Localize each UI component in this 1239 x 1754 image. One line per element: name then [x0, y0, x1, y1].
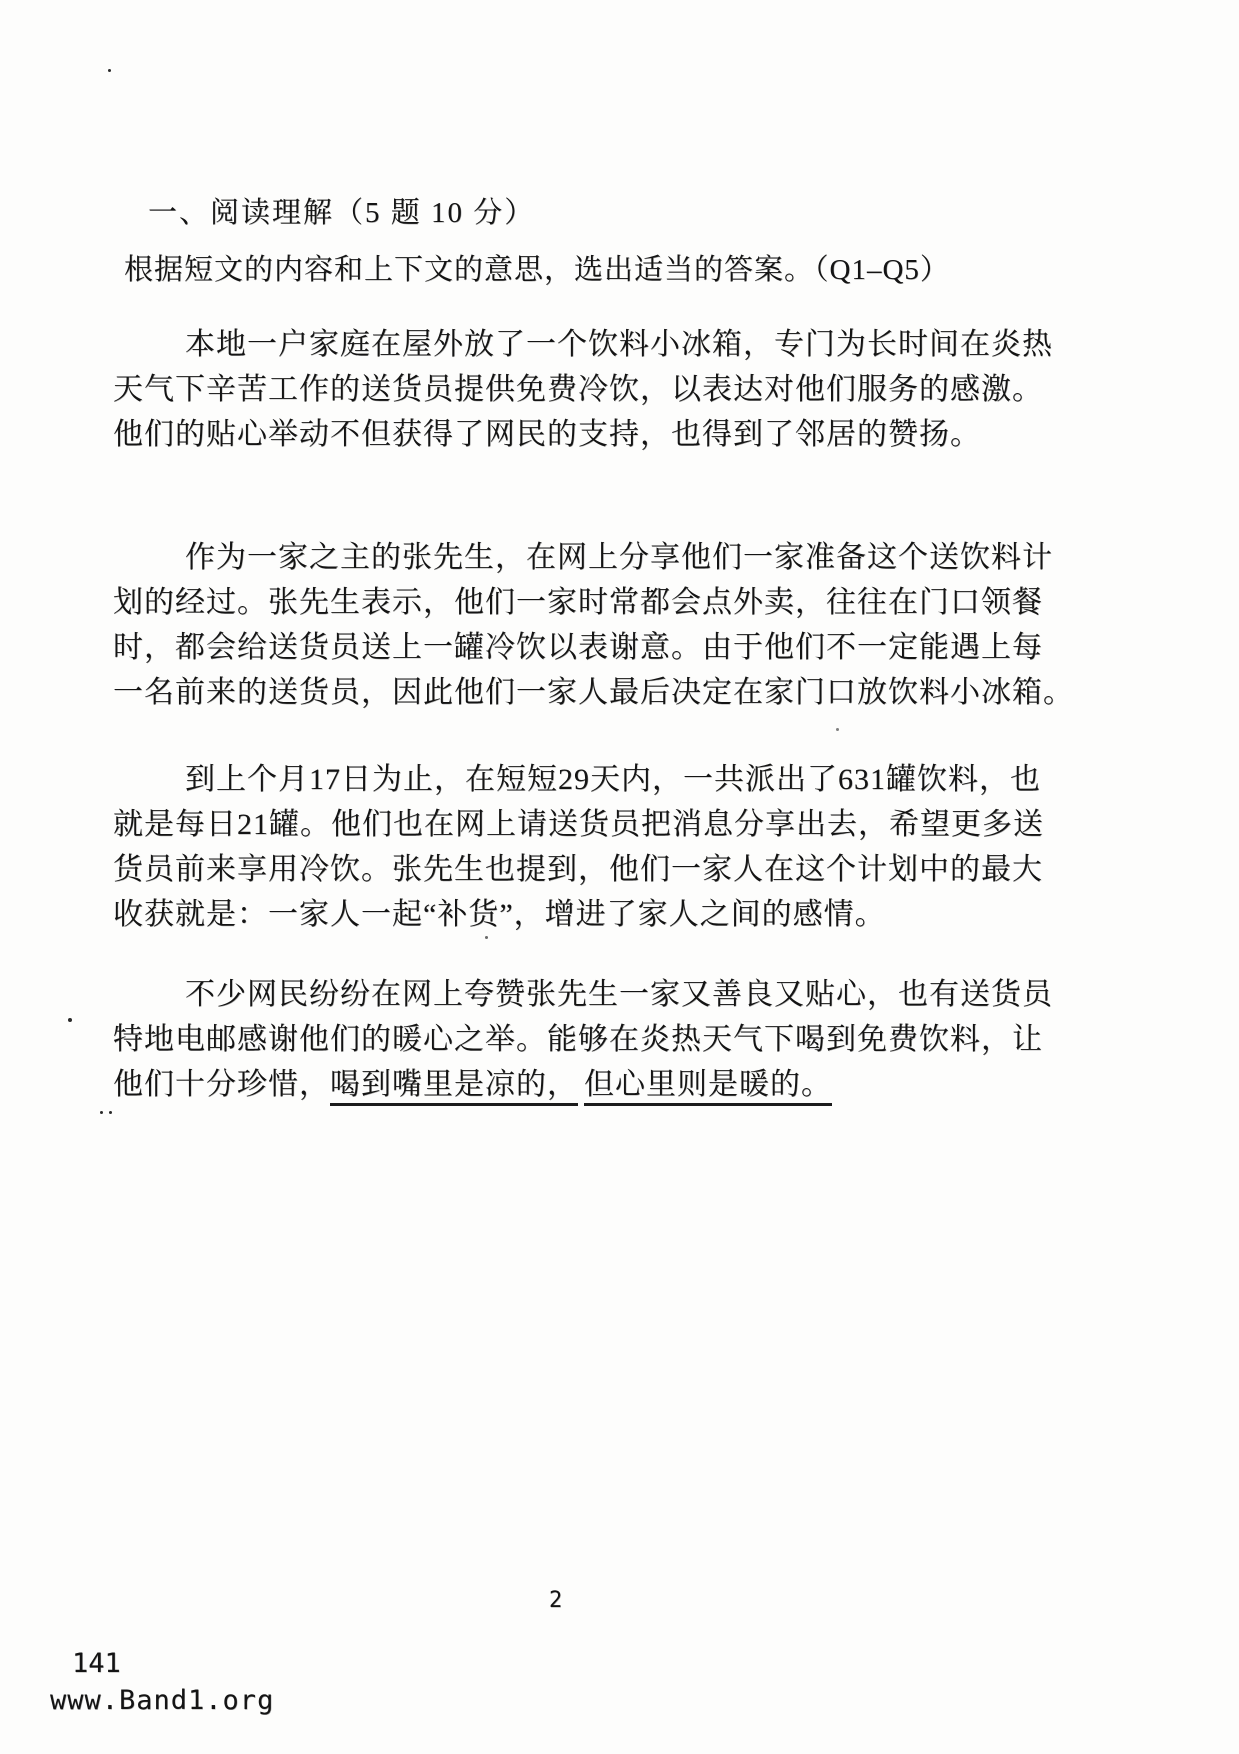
instruction-line: 根据短文的内容和上下文的意思，选出适当的答案。（Q1–Q5）: [124, 247, 950, 288]
scan-artifact-dot: [108, 69, 111, 72]
paragraph-3: 到上个月17日为止，在短短29天内，一共派出了631罐饮料，也 就是每日21罐。…: [113, 757, 1143, 937]
text-line: 就是每日21罐。他们也在网上请送货员把消息分享出去，希望更多送: [113, 802, 1143, 847]
scan-artifact-dot: [109, 1111, 112, 1114]
underlined-phrase: 但心里则是暖的。: [584, 1068, 832, 1106]
text-line: 他们的贴心举动不但获得了网民的支持，也得到了邻居的赞扬。: [113, 412, 1143, 457]
text-line: 本地一户家庭在屋外放了一个饮料小冰箱，专门为长时间在炎热: [113, 322, 1143, 367]
scan-artifact-dot: [100, 1111, 103, 1114]
paragraph-1: 本地一户家庭在屋外放了一个饮料小冰箱，专门为长时间在炎热 天气下辛苦工作的送货员…: [113, 322, 1143, 457]
website-url: www.Band1.org: [50, 1685, 274, 1716]
doc-code: 141: [72, 1648, 121, 1679]
text-line: 不少网民纷纷在网上夸赞张先生一家又善良又贴心，也有送货员: [113, 972, 1143, 1017]
paragraph-4: 不少网民纷纷在网上夸赞张先生一家又善良又贴心，也有送货员 特地电邮感谢他们的暖心…: [113, 972, 1143, 1107]
text-line: 收获就是：一家人一起“补货”，增进了家人之间的感情。: [113, 892, 1143, 937]
page-number: 2: [549, 1588, 562, 1613]
text-line: 天气下辛苦工作的送货员提供免费冷饮，以表达对他们服务的感激。: [113, 367, 1143, 412]
text-line: 作为一家之主的张先生，在网上分享他们一家准备这个送饮料计: [113, 535, 1143, 580]
text-line: 时，都会给送货员送上一罐冷饮以表谢意。由于他们不一定能遇上每: [113, 625, 1143, 670]
document-page: 一、阅读理解（5 题 10 分） 根据短文的内容和上下文的意思，选出适当的答案。…: [0, 0, 1239, 1754]
underlined-phrase: 喝到嘴里是凉的，: [330, 1068, 578, 1106]
scan-artifact-dot: [68, 1018, 72, 1022]
text-line: 特地电邮感谢他们的暖心之举。能够在炎热天气下喝到免费饮料，让: [113, 1017, 1143, 1062]
text-segment: 他们十分珍惜，: [113, 1068, 330, 1101]
text-line: 一名前来的送货员，因此他们一家人最后决定在家门口放饮料小冰箱。: [113, 670, 1143, 715]
text-line: 货员前来享用冷饮。张先生也提到，他们一家人在这个计划中的最大: [113, 847, 1143, 892]
text-line: 到上个月17日为止，在短短29天内，一共派出了631罐饮料，也: [113, 757, 1143, 802]
text-line: 他们十分珍惜，喝到嘴里是凉的，但心里则是暖的。: [113, 1062, 1143, 1107]
scan-artifact-dot: [485, 936, 488, 939]
paragraph-2: 作为一家之主的张先生，在网上分享他们一家准备这个送饮料计 划的经过。张先生表示，…: [113, 535, 1143, 715]
section-heading: 一、阅读理解（5 题 10 分）: [148, 190, 535, 231]
text-line: 划的经过。张先生表示，他们一家时常都会点外卖，往往在门口领餐: [113, 580, 1143, 625]
scan-artifact-dot: [836, 728, 839, 731]
